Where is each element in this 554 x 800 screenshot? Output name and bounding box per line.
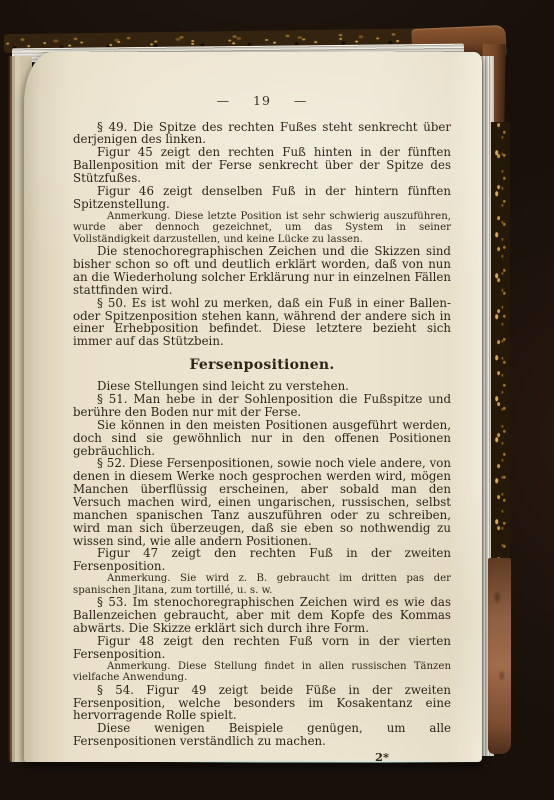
page-text-block: — 19 — § 49. Die Spitze des rechten Fuße… (73, 94, 451, 764)
book-photo: { "document": { "page_number": "19", "se… (0, 0, 554, 800)
paragraph-figur-47: Figur 47 zeigt den rechten Fuß in der zw… (73, 547, 451, 573)
paragraph-s52: § 52. Diese Fersenpositionen, sowie noch… (73, 457, 451, 547)
book-right-leather-edge (488, 558, 511, 754)
section-heading: Fersenpositionen. (73, 358, 451, 373)
paragraph-s49: § 49. Die Spitze des rechten Fußes steht… (73, 121, 451, 147)
paragraph-s51: § 51. Man hebe in der Sohlenposition die… (73, 393, 451, 419)
paragraph-s54: § 54. Figur 49 zeigt beide Füße in der z… (73, 684, 451, 723)
paragraph-figur-45: Figur 45 zeigt den rechten Fuß hinten in… (73, 146, 451, 185)
note-anmerkung-1: Anmerkung. Diese letzte Position ist seh… (73, 211, 451, 246)
book-page: — 19 — § 49. Die Spitze des rechten Fuße… (24, 52, 482, 762)
note-anmerkung-3: Anmerkung. Diese Stellung findet in alle… (73, 661, 451, 684)
paragraph-figur-46: Figur 46 zeigt denselben Fuß in der hint… (73, 185, 451, 211)
paragraph-schluss: Diese wenigen Beispiele genügen, um alle… (73, 722, 451, 748)
note-anmerkung-2: Anmerkung. Sie wird z. B. gebraucht im d… (73, 573, 451, 596)
paragraph-s53: § 53. Im stenochoregraphischen Zeichen w… (73, 596, 451, 635)
book-right-marbled-edge (491, 122, 510, 564)
page-number: — 19 — (73, 94, 451, 108)
signature-mark: 2* (73, 751, 451, 764)
paragraph-zeichen: Die stenochoregraphischen Zeichen und di… (73, 245, 451, 296)
paragraph-figur-48: Figur 48 zeigt den rechten Fuß vorn in d… (73, 635, 451, 661)
paragraph-s50: § 50. Es ist wohl zu merken, daß ein Fuß… (73, 297, 451, 348)
paragraph-s51b: Sie können in den meisten Positionen aus… (73, 419, 451, 458)
